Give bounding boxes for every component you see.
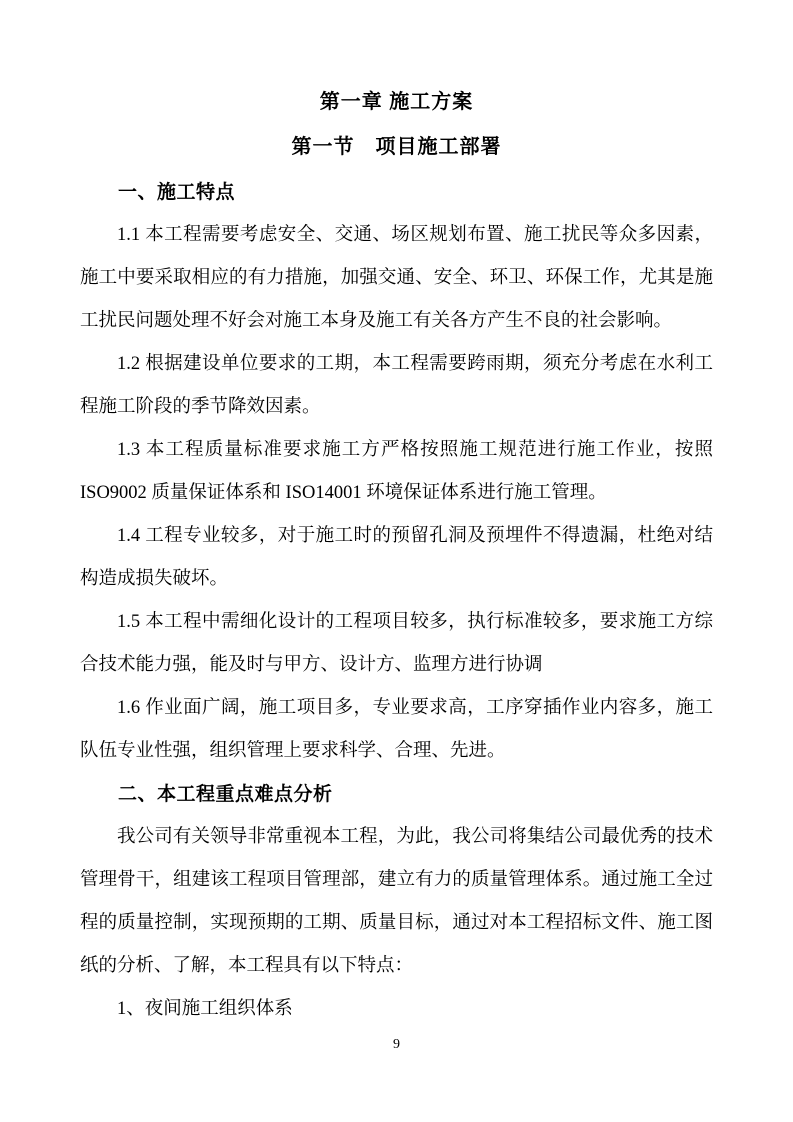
- paragraph-1-2: 1.2 根据建设单位要求的工期，本工程需要跨雨期，须充分考虑在水利工程施工阶段的…: [80, 343, 713, 429]
- heading-key-difficulties-analysis: 二、本工程重点难点分析: [80, 773, 713, 816]
- document-page: 第一章 施工方案 第一节 项目施工部署 一、施工特点 1.1 本工程需要考虑安全…: [0, 0, 793, 1122]
- paragraph-1-3: 1.3 本工程质量标准要求施工方严格按照施工规范进行施工作业，按照 ISO900…: [80, 429, 713, 515]
- paragraph-analysis-intro: 我公司有关领导非常重视本工程，为此，我公司将集结公司最优秀的技术管理骨干，组建该…: [80, 816, 713, 988]
- paragraph-night-construction-item: 1、夜间施工组织体系: [80, 988, 713, 1031]
- section-title: 第一节 项目施工部署: [80, 124, 713, 171]
- page-number: 9: [0, 1036, 793, 1054]
- heading-construction-features: 一、施工特点: [80, 171, 713, 214]
- paragraph-1-4: 1.4 工程专业较多，对于施工时的预留孔洞及预埋件不得遗漏，杜绝对结构造成损失破…: [80, 515, 713, 601]
- document-content: 第一章 施工方案 第一节 项目施工部署 一、施工特点 1.1 本工程需要考虑安全…: [80, 80, 713, 1031]
- paragraph-1-1: 1.1 本工程需要考虑安全、交通、场区规划布置、施工扰民等众多因素，施工中要采取…: [80, 214, 713, 343]
- paragraph-1-5: 1.5 本工程中需细化设计的工程项目较多，执行标准较多，要求施工方综合技术能力强…: [80, 601, 713, 687]
- chapter-title: 第一章 施工方案: [80, 80, 713, 124]
- paragraph-1-6: 1.6 作业面广阔，施工项目多，专业要求高，工序穿插作业内容多，施工队伍专业性强…: [80, 687, 713, 773]
